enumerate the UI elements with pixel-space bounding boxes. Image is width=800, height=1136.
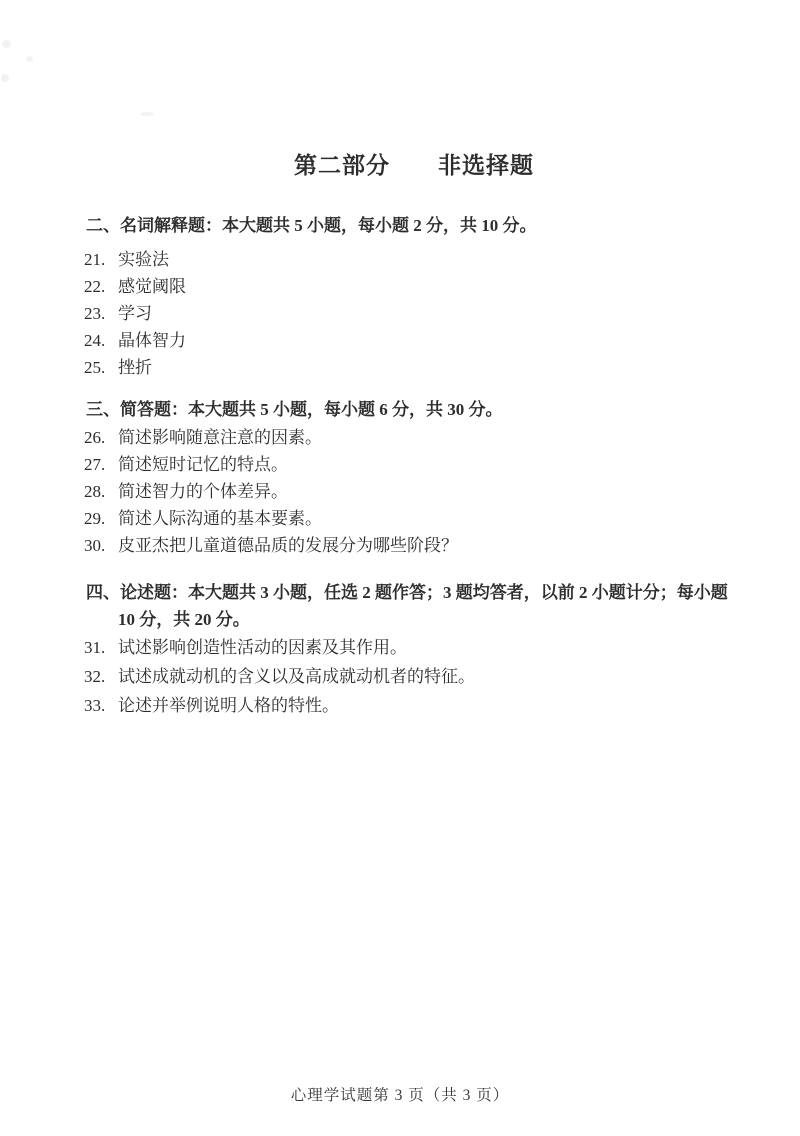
section-name: 论述题：	[120, 583, 188, 602]
exam-item: 24. 晶体智力	[84, 327, 734, 354]
exam-item: 30. 皮亚杰把儿童道德品质的发展分为哪些阶段？	[84, 532, 734, 559]
item-number: 28.	[84, 478, 118, 505]
item-text: 试述影响创造性活动的因素及其作用。	[118, 633, 734, 662]
section-number: 三、	[86, 400, 120, 419]
item-number: 25.	[84, 354, 118, 381]
scan-speck	[140, 112, 154, 116]
item-text: 挫折	[118, 354, 734, 381]
item-number: 31.	[84, 633, 118, 662]
item-number: 24.	[84, 327, 118, 354]
item-text: 晶体智力	[118, 327, 734, 354]
section-instructions: 本大题共 5 小题，每小题 2 分，共 10 分。	[222, 216, 537, 235]
exam-item: 23. 学习	[84, 300, 734, 327]
item-text: 简述短时记忆的特点。	[118, 451, 734, 478]
exam-paper-page: 第二部分 非选择题 二、名词解释题：本大题共 5 小题，每小题 2 分，共 10…	[0, 0, 800, 1136]
item-text: 试述成就动机的含义以及高成就动机者的特征。	[118, 662, 734, 691]
exam-item: 29. 简述人际沟通的基本要素。	[84, 505, 734, 532]
scan-speck	[26, 56, 33, 62]
item-number: 21.	[84, 246, 118, 273]
section-short-answer: 三、简答题：本大题共 5 小题，每小题 6 分，共 30 分。 26. 简述影响…	[0, 396, 734, 559]
scan-speck	[1, 74, 9, 82]
section-number: 四、	[86, 583, 120, 602]
exam-item: 27. 简述短时记忆的特点。	[84, 451, 734, 478]
section-header: 三、简答题：本大题共 5 小题，每小题 6 分，共 30 分。	[86, 396, 734, 423]
item-number: 26.	[84, 424, 118, 451]
exam-item: 21. 实验法	[84, 246, 734, 273]
exam-item: 26. 简述影响随意注意的因素。	[84, 424, 734, 451]
item-text: 论述并举例说明人格的特性。	[118, 691, 734, 720]
section-essay: 四、论述题：本大题共 3 小题，任选 2 题作答；3 题均答者，以前 2 小题计…	[0, 579, 734, 720]
section-header: 四、论述题：本大题共 3 小题，任选 2 题作答；3 题均答者，以前 2 小题计…	[86, 579, 734, 633]
exam-item: 22. 感觉阈限	[84, 273, 734, 300]
scan-speck	[2, 40, 11, 48]
section-name: 名词解释题：	[120, 216, 222, 235]
item-number: 30.	[84, 532, 118, 559]
item-number: 32.	[84, 662, 118, 691]
item-number: 33.	[84, 691, 118, 720]
exam-item: 33. 论述并举例说明人格的特性。	[84, 691, 734, 720]
item-text: 简述人际沟通的基本要素。	[118, 505, 734, 532]
exam-item: 25. 挫折	[84, 354, 734, 381]
exam-item: 32. 试述成就动机的含义以及高成就动机者的特征。	[84, 662, 734, 691]
exam-item: 31. 试述影响创造性活动的因素及其作用。	[84, 633, 734, 662]
exam-item: 28. 简述智力的个体差异。	[84, 478, 734, 505]
section-number: 二、	[86, 216, 120, 235]
item-number: 27.	[84, 451, 118, 478]
item-text: 皮亚杰把儿童道德品质的发展分为哪些阶段？	[118, 532, 734, 559]
item-text: 实验法	[118, 246, 734, 273]
page-footer: 心理学试题第 3 页（共 3 页）	[0, 1084, 800, 1108]
section-instructions: 本大题共 5 小题，每小题 6 分，共 30 分。	[188, 400, 503, 419]
item-text: 简述影响随意注意的因素。	[118, 424, 734, 451]
section-term-definitions: 二、名词解释题：本大题共 5 小题，每小题 2 分，共 10 分。 21. 实验…	[0, 212, 734, 381]
item-text: 简述智力的个体差异。	[118, 478, 734, 505]
section-instructions: 本大题共 3 小题，任选 2 题作答；3 题均答者，以前 2 小题计分；每小题 …	[118, 583, 728, 629]
item-number: 29.	[84, 505, 118, 532]
item-number: 22.	[84, 273, 118, 300]
item-number: 23.	[84, 300, 118, 327]
page-title: 第二部分 非选择题	[14, 147, 800, 180]
item-text: 学习	[118, 300, 734, 327]
item-text: 感觉阈限	[118, 273, 734, 300]
section-header: 二、名词解释题：本大题共 5 小题，每小题 2 分，共 10 分。	[86, 212, 734, 239]
section-name: 简答题：	[120, 400, 188, 419]
